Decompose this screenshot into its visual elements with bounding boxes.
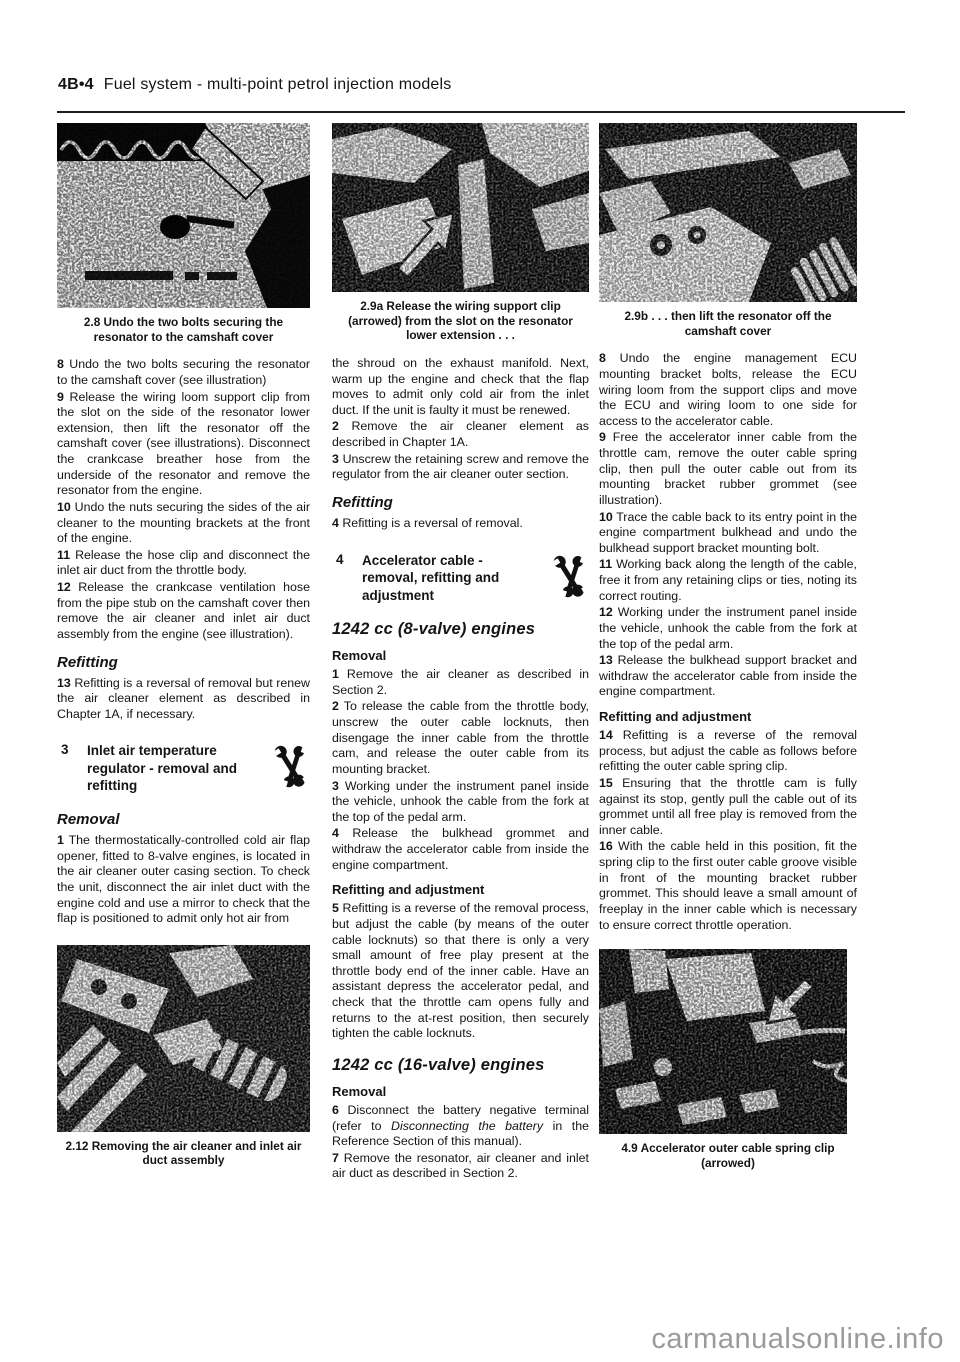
step-1: 1 The thermostatically-controlled cold a… <box>57 833 310 927</box>
column-3: 2.9b . . . then lift the resonator off t… <box>599 123 857 1183</box>
subheading-8-valve-engines: 1242 cc (8-valve) engines <box>332 620 589 639</box>
step-text: Free the accelerator inner cable from th… <box>599 430 857 507</box>
step-text: Release the bulkhead support bracket and… <box>599 653 857 698</box>
step-text: Refitting is a reversal of removal. <box>342 516 522 530</box>
step-text: Working back along the length of the cab… <box>599 557 857 602</box>
step-text: Working under the instrument panel insid… <box>599 605 857 650</box>
step-9: 9 Free the accelerator inner cable from … <box>599 430 857 508</box>
column-1: 2.8 Undo the two bolts securing the reso… <box>57 123 310 1183</box>
step-number: 12 <box>599 605 613 619</box>
step-15: 15 Ensuring that the throttle cam is ful… <box>599 776 857 839</box>
spanner-icon <box>553 550 589 602</box>
step-8: 8 Undo the two bolts securing the resona… <box>57 357 310 388</box>
step-text: Remove the resonator, air cleaner and in… <box>332 1151 589 1181</box>
step-number: 10 <box>57 500 71 514</box>
step-number: 9 <box>57 390 64 404</box>
step-number: 9 <box>599 430 606 444</box>
step-text: With the cable held in this position, fi… <box>599 839 857 931</box>
step-number: 2 <box>332 419 339 433</box>
step-number: 8 <box>57 357 64 371</box>
step-r7: 7 Remove the resonator, air cleaner and … <box>332 1151 589 1182</box>
step-r5: 5 Refitting is a reverse of the removal … <box>332 901 589 1042</box>
step-14: 14 Refitting is a reverse of the removal… <box>599 728 857 775</box>
step-number: 4 <box>332 516 339 530</box>
step-text: The thermostatically-controlled cold air… <box>57 833 310 925</box>
step-text: Refitting is a reverse of the removal pr… <box>599 728 857 773</box>
step-13: 13 Refitting is a reversal of removal bu… <box>57 676 310 723</box>
photo-2-9a <box>332 123 589 292</box>
step-4: 4 Refitting is a reversal of removal. <box>332 516 589 532</box>
step-r4: 4 Release the bulkhead grommet and withd… <box>332 826 589 873</box>
step-number: 6 <box>332 1103 339 1117</box>
step-number: 10 <box>599 510 613 524</box>
step-number: 5 <box>332 901 339 915</box>
step-text-italic: Disconnecting the battery <box>391 1119 543 1133</box>
section-3-heading: 3 Inlet air temperature regulator - remo… <box>57 742 310 795</box>
step-16: 16 With the cable held in this position,… <box>599 839 857 933</box>
step-number: 12 <box>57 580 71 594</box>
photo-2-9b <box>599 123 857 302</box>
manual-page: 4B•4Fuel system - multi-point petrol inj… <box>0 0 960 1362</box>
subheading-refitting-adjustment: Refitting and adjustment <box>332 882 589 897</box>
step-10: 10 Undo the nuts securing the sides of t… <box>57 500 310 547</box>
section-number: 4 <box>332 552 362 567</box>
step-3: 3 Unscrew the retaining screw and remove… <box>332 452 589 483</box>
step-11: 11 Working back along the length of the … <box>599 557 857 604</box>
subheading-refitting-adjustment: Refitting and adjustment <box>599 709 857 724</box>
step-number: 3 <box>332 779 339 793</box>
step-r2: 2 To release the cable from the throttle… <box>332 699 589 777</box>
subheading-removal: Removal <box>332 648 589 663</box>
caption-4-9: 4.9 Accelerator outer cable spring clip … <box>601 1141 855 1170</box>
step-number: 13 <box>599 653 613 667</box>
subheading-refitting: Refitting <box>332 494 589 511</box>
step-r3: 3 Working under the instrument panel ins… <box>332 779 589 826</box>
step-number: 1 <box>332 667 339 681</box>
step-number: 8 <box>599 351 606 365</box>
step-number: 3 <box>332 452 339 466</box>
step-text: Working under the instrument panel insid… <box>332 779 589 824</box>
step-9: 9 Release the wiring loom support clip f… <box>57 390 310 499</box>
page-number: 4B•4 <box>58 76 94 93</box>
step-text: Release the wiring loom support clip fro… <box>57 390 310 498</box>
step-number: 15 <box>599 776 613 790</box>
photo-2-8 <box>57 123 310 308</box>
caption-2-8: 2.8 Undo the two bolts securing the reso… <box>59 315 308 344</box>
step-text: Undo the two bolts securing the resonato… <box>57 357 310 387</box>
page-title: Fuel system - multi-point petrol injecti… <box>104 76 452 93</box>
section-title: Inlet air temperature regulator - remova… <box>87 742 255 795</box>
step-8: 8 Undo the engine management ECU mountin… <box>599 351 857 429</box>
step-text: Release the crankcase ventilation hose f… <box>57 580 310 641</box>
step-r6: 6 Disconnect the battery negative termin… <box>332 1103 589 1150</box>
step-text: Refitting is a reverse of the removal pr… <box>332 901 589 1040</box>
section-number: 3 <box>57 742 87 757</box>
step-number: 11 <box>57 548 70 562</box>
paragraph-continued: the shroud on the exhaust manifold. Next… <box>332 356 589 419</box>
step-text: Release the bulkhead grommet and withdra… <box>332 826 589 871</box>
step-text: Ensuring that the throttle cam is fully … <box>599 776 857 837</box>
caption-2-12: 2.12 Removing the air cleaner and inlet … <box>59 1139 308 1168</box>
page-header: 4B•4Fuel system - multi-point petrol inj… <box>58 76 451 94</box>
step-text: Unscrew the retaining screw and remove t… <box>332 452 589 482</box>
photo-4-9 <box>599 949 847 1134</box>
step-number: 13 <box>57 676 71 690</box>
header-rule <box>57 111 905 113</box>
step-2: 2 Remove the air cleaner element as desc… <box>332 419 589 450</box>
step-13: 13 Release the bulkhead support bracket … <box>599 653 857 700</box>
step-12: 12 Release the crankcase ventilation hos… <box>57 580 310 643</box>
step-number: 2 <box>332 699 339 713</box>
section-4-heading: 4 Accelerator cable - removal, refitting… <box>332 552 589 605</box>
caption-2-9a: 2.9a Release the wiring support clip (ar… <box>334 299 587 343</box>
step-text: Trace the cable back to its entry point … <box>599 510 857 555</box>
step-r1: 1 Remove the air cleaner as described in… <box>332 667 589 698</box>
step-text: Release the hose clip and disconnect the… <box>57 548 310 578</box>
step-number: 16 <box>599 839 613 853</box>
subheading-removal: Removal <box>57 811 310 828</box>
step-number: 11 <box>599 557 612 571</box>
step-text: To release the cable from the throttle b… <box>332 699 589 776</box>
step-text: Refitting is a reversal of removal but r… <box>57 676 310 721</box>
three-column-layout: 2.8 Undo the two bolts securing the reso… <box>57 123 857 1183</box>
step-text: Undo the engine management ECU mounting … <box>599 351 857 428</box>
spanner-icon <box>274 740 310 792</box>
step-number: 14 <box>599 728 613 742</box>
caption-2-9b: 2.9b . . . then lift the resonator off t… <box>601 309 855 338</box>
subheading-removal: Removal <box>332 1084 589 1099</box>
step-text: Undo the nuts securing the sides of the … <box>57 500 310 545</box>
step-text: the shroud on the exhaust manifold. Next… <box>332 356 589 417</box>
step-number: 1 <box>57 833 64 847</box>
section-title: Accelerator cable - removal, refitting a… <box>362 552 530 605</box>
step-number: 7 <box>332 1151 339 1165</box>
step-number: 4 <box>332 826 339 840</box>
subheading-16-valve-engines: 1242 cc (16-valve) engines <box>332 1056 589 1075</box>
step-text: Remove the air cleaner as described in S… <box>332 667 589 697</box>
step-10: 10 Trace the cable back to its entry poi… <box>599 510 857 557</box>
photo-2-12 <box>57 945 310 1132</box>
watermark: carmanualsonline.info <box>651 1323 944 1356</box>
column-2: 2.9a Release the wiring support clip (ar… <box>332 123 589 1183</box>
step-11: 11 Release the hose clip and disconnect … <box>57 548 310 579</box>
subheading-refitting: Refitting <box>57 654 310 671</box>
step-text: Remove the air cleaner element as descri… <box>332 419 589 449</box>
step-12: 12 Working under the instrument panel in… <box>599 605 857 652</box>
